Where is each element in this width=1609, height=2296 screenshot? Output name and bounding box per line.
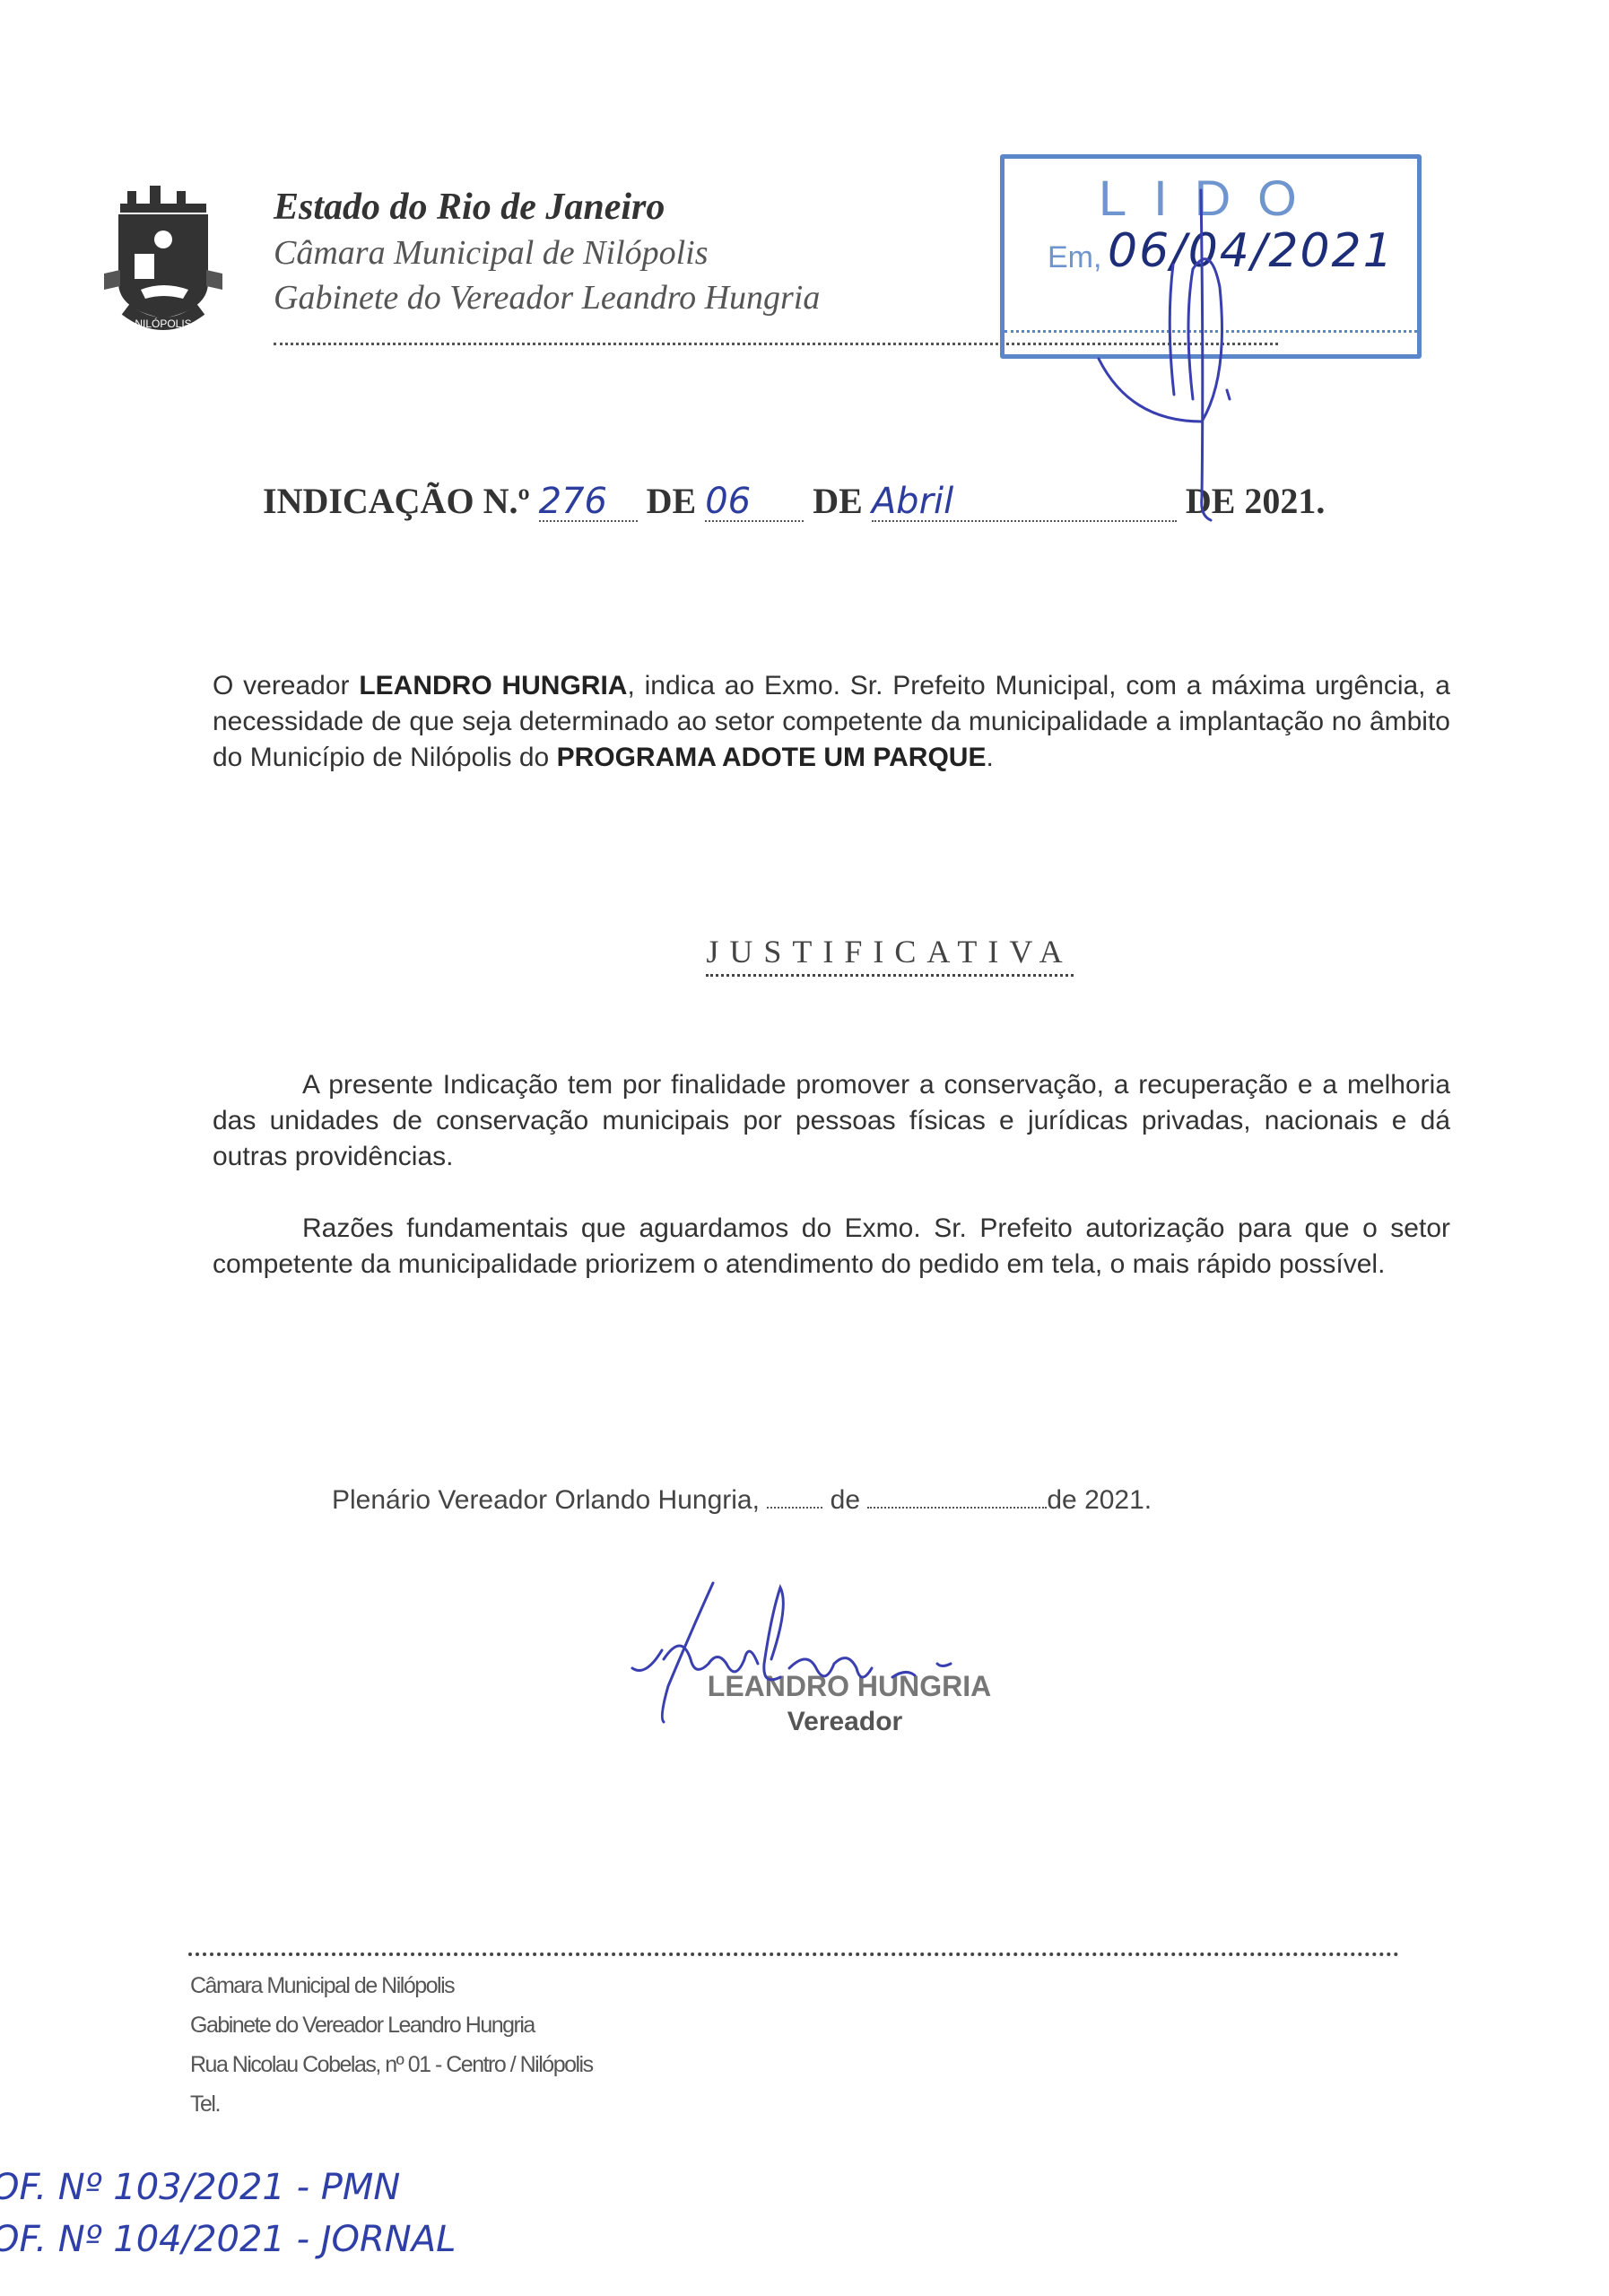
title-prefix: INDICAÇÃO N.º (263, 481, 530, 521)
justification-heading-text: JUSTIFICATIVA (706, 933, 1073, 977)
justification-paragraph-1: A presente Indicação tem por finalidade … (213, 1067, 1450, 1175)
footer-address: Câmara Municipal de Nilópolis Gabinete d… (190, 1966, 593, 2124)
footer-phone: Tel. (190, 2084, 593, 2124)
municipal-crest-icon: NILÓPOLIS (100, 184, 226, 336)
letterhead-office: Gabinete do Vereador Leandro Hungria (274, 275, 820, 320)
letterhead: Estado do Rio de Janeiro Câmara Municipa… (274, 184, 820, 320)
handwritten-note-1: OF. Nº 103/2021 - PMN (0, 2161, 456, 2213)
title-de-1: DE (647, 481, 697, 521)
place-date-line: Plenário Vereador Orlando Hungria, de de… (332, 1482, 1152, 1516)
title-de-2: DE (813, 481, 863, 521)
indication-paragraph: O vereador LEANDRO HUNGRIA, indica ao Ex… (213, 668, 1450, 776)
document-title: INDICAÇÃO N.º 276 DE 06 DE Abril DE 2021… (263, 480, 1325, 522)
svg-text:NILÓPOLIS: NILÓPOLIS (135, 317, 191, 330)
indication-day: 06 (705, 481, 804, 522)
letterhead-state: Estado do Rio de Janeiro (274, 184, 820, 230)
footer-chamber: Câmara Municipal de Nilópolis (190, 1966, 593, 2005)
indication-number: 276 (539, 481, 638, 522)
de-text: de (831, 1485, 860, 1515)
stamp-label: LIDO (1099, 169, 1324, 227)
footer-office: Gabinete do Vereador Leandro Hungria (190, 2005, 593, 2045)
signatory-role: Vereador (0, 1707, 1609, 1737)
p1-text-c: . (986, 743, 993, 772)
signatory-name: LEANDRO HUNGRIA (0, 1670, 1609, 1703)
signatory-name-text: LEANDRO HUNGRIA (708, 1670, 991, 1702)
justification-paragraph-2: Razões fundamentais que aguardamos do Ex… (213, 1211, 1450, 1283)
place-text: Plenário Vereador Orlando Hungria, (332, 1485, 760, 1515)
stamp-date: 06/04/2021 (1108, 224, 1395, 278)
program-name: PROGRAMA ADOTE UM PARQUE (557, 743, 987, 772)
month-blank (867, 1482, 1047, 1509)
title-year: DE 2021. (1186, 481, 1326, 521)
justification-heading: JUSTIFICATIVA (0, 933, 1609, 977)
handwritten-note-2: OF. Nº 104/2021 - JORNAL (0, 2213, 456, 2266)
footer-divider (188, 1952, 1399, 1956)
indication-month: Abril (872, 481, 1177, 522)
handwritten-notes: OF. Nº 103/2021 - PMN OF. Nº 104/2021 - … (0, 2161, 456, 2266)
p1-text-a: O vereador (213, 671, 359, 700)
stamp-rule (1005, 330, 1417, 333)
signatory-role-text: Vereador (787, 1707, 902, 1736)
year-text: de 2021. (1047, 1485, 1152, 1515)
letterhead-chamber: Câmara Municipal de Nilópolis (274, 230, 820, 275)
councilor-name: LEANDRO HUNGRIA (359, 671, 627, 700)
stamp-em-label: Em, (1048, 240, 1101, 275)
day-blank (767, 1482, 822, 1509)
footer-street: Rua Nicolau Cobelas, nº 01 - Centro / Ni… (190, 2045, 593, 2084)
